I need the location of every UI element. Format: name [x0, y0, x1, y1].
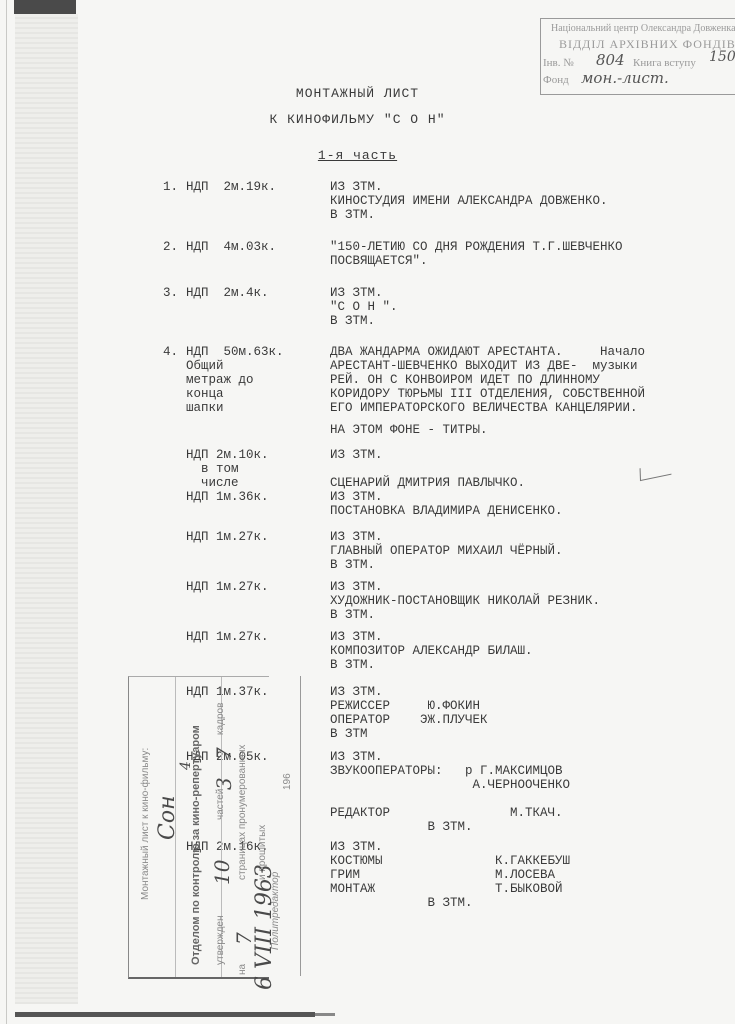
entry-description-line: В ЗТМ. — [330, 896, 473, 910]
entry-side-note: метраж до — [186, 373, 254, 387]
entry-description-line: "С О Н ". — [330, 300, 398, 314]
entry-number: 3. — [163, 286, 178, 300]
entry-description-line: А.ЧЕРНООЧЕНКО — [330, 778, 570, 792]
entry-description-line: ИЗ ЗТМ. — [330, 180, 383, 194]
entry-footage: НДП 1м.36к. — [186, 490, 269, 504]
stamp-book-label: Книга вступу — [633, 57, 696, 69]
entry-description-line: ОПЕРАТОР ЭЖ.ПЛУЧЕК — [330, 713, 488, 727]
entry-side-note: числе — [186, 476, 239, 490]
approval-pages-hand: 10 — [210, 860, 234, 885]
approval-film-hand: Сон — [155, 795, 180, 840]
binding-top — [14, 0, 76, 14]
entry-description-line: СЦЕНАРИЙ ДМИТРИЯ ПАВЛЫЧКО. — [330, 476, 525, 490]
approval-parts-label: частей — [215, 789, 226, 820]
stamp-divider — [300, 676, 301, 976]
entry-footage: НДП 1м.27к. — [186, 580, 269, 594]
entry-number: 2. — [163, 240, 178, 254]
entry-description-line: ИЗ ЗТМ. — [330, 630, 383, 644]
bottom-edge-shadow — [15, 1012, 315, 1017]
entry-description-line: ИЗ ЗТМ. — [330, 685, 383, 699]
document-subtitle: К КИНОФИЛЬМУ "С О Н" — [0, 112, 725, 127]
entry-description-line: В ЗТМ. — [330, 314, 375, 328]
entry-description-line: ИЗ ЗТМ. — [330, 448, 383, 462]
entry-description-line: В ЗТМ. — [330, 820, 473, 834]
entry-footage: НДП 1м.27к. — [186, 530, 269, 544]
archive-stamp: Національний центр Олександра Довженка В… — [540, 18, 735, 95]
entry-description-line: ДВА ЖАНДАРМА ОЖИДАЮТ АРЕСТАНТА. Начало — [330, 345, 645, 359]
entry-description-line: В ЗТМ. — [330, 608, 375, 622]
stamp-institution: Національний центр Олександра Довженка — [551, 23, 735, 34]
stamp-book-value: 150 — [709, 49, 735, 65]
entry-description-line: КОРИДОРУ ТЮРЬМЫ III ОТДЕЛЕНИЯ, СОБСТВЕНН… — [330, 387, 645, 401]
entry-footage: НДП 1м.27к. — [186, 630, 269, 644]
entry-description-line: РЕДАКТОР М.ТКАЧ. — [330, 806, 563, 820]
entry-side-note: конца — [186, 387, 224, 401]
stamp-fond-value: мон.-лист. — [581, 69, 669, 87]
entry-description-line: "150-ЛЕТИЮ СО ДНЯ РОЖДЕНИЯ Т.Г.ШЕВЧЕНКО — [330, 240, 623, 254]
entry-side-note: Общий — [186, 359, 224, 373]
entry-description-line: В ЗТМ. — [330, 658, 375, 672]
entry-footage: НДП 4м.03к. — [186, 240, 276, 254]
approval-line2: Отделом по контролю за кино-репертуаром — [190, 725, 202, 965]
entry-description-line: ГЛАВНЫЙ ОПЕРАТОР МИХАИЛ ЧЁРНЫЙ. — [330, 544, 563, 558]
entry-side-note: в том — [186, 462, 239, 476]
entry-footage: НДП 2м.19к. — [186, 180, 276, 194]
entry-description-line: КОСТЮМЫ К.ГАККЕБУШ — [330, 854, 570, 868]
part-heading: 1-я часть — [0, 148, 725, 163]
entry-description-line: МОНТАЖ Т.БЫКОВОЙ — [330, 882, 563, 896]
entry-description-line: ИЗ ЗТМ. — [330, 286, 383, 300]
entry-description-line: ИЗ ЗТМ. — [330, 490, 383, 504]
entry-description-line: ЗВУКООПЕРАТОРЫ: р Г.МАКСИМЦОВ — [330, 764, 563, 778]
stamp-fond-label: Фонд — [543, 74, 569, 86]
entry-description-line: В ЗТМ. — [330, 208, 375, 222]
bottom-edge-shadow — [315, 1013, 335, 1016]
entry-description-line: ЕГО ИМПЕРАТОРСКОГО ВЕЛИЧЕСТВА КАНЦЕЛЯРИИ… — [330, 401, 638, 415]
entry-description-line: ПОСВЯЩАЕТСЯ". — [330, 254, 428, 268]
approval-line3: утвержден — [215, 915, 226, 965]
entry-description-line: АРЕСТАНТ-ШЕВЧЕНКО ВЫХОДИТ ИЗ ДВЕ- музыки — [330, 359, 638, 373]
document-title: МОНТАЖНЫЙ ЛИСТ — [0, 86, 725, 101]
entry-description-line: В ЗТМ — [330, 727, 368, 741]
approval-pages-label: страницах пронумерованных — [237, 745, 248, 880]
entry-description-line: ИЗ ЗТМ. — [330, 580, 383, 594]
stamp-inv-value: 804 — [596, 51, 625, 69]
entry-note: НА ЭТОМ ФОНЕ - ТИТРЫ. — [330, 423, 488, 437]
approval-date-hand: 6 VIII 1963 — [252, 864, 277, 990]
entry-footage: НДП 2м.10к. — [186, 448, 269, 462]
approval-year-label: 196 — [282, 773, 293, 790]
entry-description-line: РЕЖИССЕР Ю.ФОКИН — [330, 699, 480, 713]
entry-description-line: КИНОСТУДИЯ ИМЕНИ АЛЕКСАНДРА ДОВЖЕНКО. — [330, 194, 608, 208]
entry-number: 4. — [163, 345, 178, 359]
entry-description-line: В ЗТМ. — [330, 558, 375, 572]
entry-description-line: ИЗ ЗТМ. — [330, 840, 383, 854]
entry-side-note: шапки — [186, 401, 224, 415]
entry-number: 1. — [163, 180, 178, 194]
approval-frames-hand: 7 — [212, 747, 236, 760]
approval-frames-label: кадров — [215, 703, 226, 735]
entry-description-line: ГРИМ М.ЛОСЕВА — [330, 868, 555, 882]
entry-footage: НДП 2м.4к. — [186, 286, 269, 300]
stamp-inv-label: Інв. № — [543, 57, 574, 69]
entry-description-line: КОМПОЗИТОР АЛЕКСАНДР БИЛАШ. — [330, 644, 533, 658]
entry-footage: НДП 50м.63к. — [186, 345, 284, 359]
approval-line1: Монтажный лист к кино-фильму: — [140, 748, 151, 900]
entry-description-line: РЕЙ. ОН С КОНВОИРОМ ИДЕТ ПО ДЛИННОМУ — [330, 373, 600, 387]
approval-line4: на — [237, 964, 248, 975]
approval-parts-hand: 3 — [212, 777, 236, 790]
entry-description-line: ПОСТАНОВКА ВЛАДИМИРА ДЕНИСЕНКО. — [330, 504, 563, 518]
entry-description-line: ИЗ ЗТМ. — [330, 750, 383, 764]
entry-description-line: ХУДОЖНИК-ПОСТАНОВЩИК НИКОЛАЙ РЕЗНИК. — [330, 594, 600, 608]
entry-description-line: ИЗ ЗТМ. — [330, 530, 383, 544]
